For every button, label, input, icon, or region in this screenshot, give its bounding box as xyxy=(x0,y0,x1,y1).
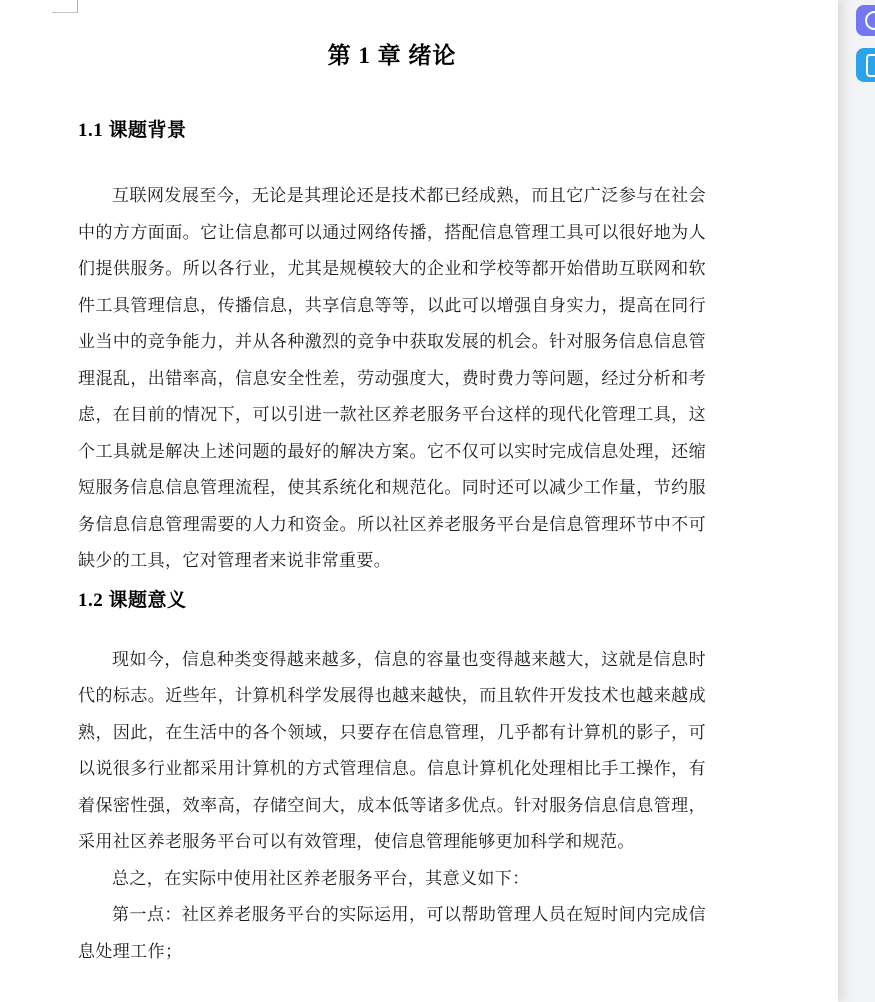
phone-icon xyxy=(866,54,875,77)
chapter-title: 第 1 章 绪论 xyxy=(78,40,706,72)
document-page: 第 1 章 绪论 1.1 课题背景 互联网发展至今，无论是其理论还是技术都已经成… xyxy=(0,0,838,1002)
chat-float-button[interactable] xyxy=(856,5,875,36)
paragraph-significance: 现如今，信息种类变得越来越多，信息的容量也变得越来越大，这就是信息时代的标志。近… xyxy=(78,642,706,861)
paragraph-point-one: 第一点：社区养老服务平台的实际运用，可以帮助管理人员在短时间内完成信息处理工作； xyxy=(78,897,706,970)
circle-chat-icon xyxy=(865,11,875,30)
document-content: 第 1 章 绪论 1.1 课题背景 互联网发展至今，无论是其理论还是技术都已经成… xyxy=(78,0,706,970)
section-heading-1-1: 1.1 课题背景 xyxy=(78,118,706,144)
phone-float-button[interactable] xyxy=(856,48,875,82)
paragraph-background: 互联网发展至今，无论是其理论还是技术都已经成熟，而且它广泛参与在社会中的方方面面… xyxy=(78,178,706,580)
paragraph-summary-lead: 总之，在实际中使用社区养老服务平台，其意义如下： xyxy=(78,861,706,898)
section-heading-1-2: 1.2 课题意义 xyxy=(78,588,706,614)
crop-mark-horizontal-line xyxy=(52,12,78,13)
